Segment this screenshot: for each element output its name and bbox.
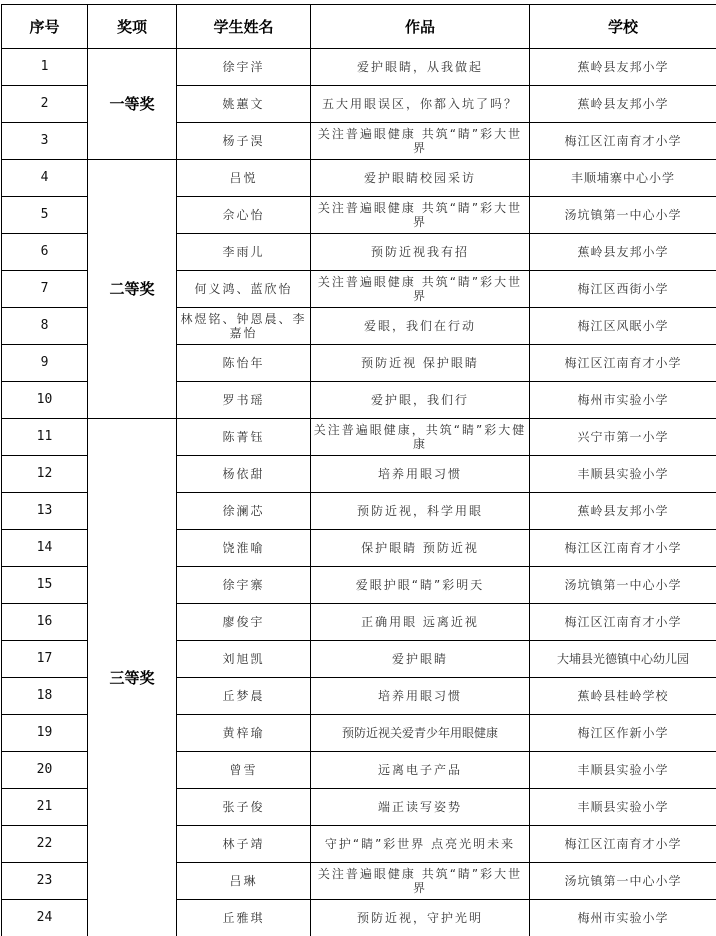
student-name: 林煜铭、钟恩晨、李嘉怡 xyxy=(177,308,311,345)
row-no: 2 xyxy=(2,86,88,123)
row-no: 24 xyxy=(2,900,88,936)
header-school: 学校 xyxy=(530,5,716,49)
school-name: 汤坑镇第一中心小学 xyxy=(530,567,716,604)
student-name: 徐宇洋 xyxy=(177,49,311,86)
student-name: 黄梓瑜 xyxy=(177,715,311,752)
student-name: 丘梦晨 xyxy=(177,678,311,715)
work-title: 爱护眼，我们行 xyxy=(311,382,530,419)
school-name: 蕉岭县友邦小学 xyxy=(530,49,716,86)
student-name: 何义鸿、蓝欣怡 xyxy=(177,271,311,308)
award-level-third: 三等奖 xyxy=(88,419,177,936)
row-no: 12 xyxy=(2,456,88,493)
work-title: 爱护眼睛，从我做起 xyxy=(311,49,530,86)
school-name: 丰顺县实验小学 xyxy=(530,789,716,826)
student-name: 陈怡年 xyxy=(177,345,311,382)
student-name: 张子俊 xyxy=(177,789,311,826)
student-name: 徐澜芯 xyxy=(177,493,311,530)
student-name: 罗书瑶 xyxy=(177,382,311,419)
student-name: 丘雅琪 xyxy=(177,900,311,936)
row-no: 18 xyxy=(2,678,88,715)
school-name: 汤坑镇第一中心小学 xyxy=(530,863,716,900)
row-no: 4 xyxy=(2,160,88,197)
header-no: 序号 xyxy=(2,5,88,49)
row-no: 5 xyxy=(2,197,88,234)
row-no: 19 xyxy=(2,715,88,752)
row-no: 10 xyxy=(2,382,88,419)
work-title: 关注普遍眼健康 共筑“睛”彩大世界 xyxy=(311,271,530,308)
header-work: 作品 xyxy=(311,5,530,49)
student-name: 吕悦 xyxy=(177,160,311,197)
award-winners-table: 序号 奖项 学生姓名 作品 学校 1 一等奖 徐宇洋 爱护眼睛，从我做起 蕉岭县… xyxy=(1,4,716,936)
row-no: 1 xyxy=(2,49,88,86)
row-no: 13 xyxy=(2,493,88,530)
work-title: 爱眼，我们在行动 xyxy=(311,308,530,345)
school-name: 梅江区江南育才小学 xyxy=(530,345,716,382)
row-no: 14 xyxy=(2,530,88,567)
student-name: 李雨儿 xyxy=(177,234,311,271)
student-name: 廖俊宇 xyxy=(177,604,311,641)
student-name: 杨依甜 xyxy=(177,456,311,493)
work-title: 预防近视关爱青少年用眼健康 xyxy=(311,715,530,752)
work-title: 爱护眼睛 xyxy=(311,641,530,678)
school-name: 汤坑镇第一中心小学 xyxy=(530,197,716,234)
row-no: 6 xyxy=(2,234,88,271)
student-name: 陈菁钰 xyxy=(177,419,311,456)
school-name: 梅江区作新小学 xyxy=(530,715,716,752)
school-name: 梅州市实验小学 xyxy=(530,382,716,419)
work-title: 保护眼睛 预防近视 xyxy=(311,530,530,567)
student-name: 姚蕙文 xyxy=(177,86,311,123)
row-no: 11 xyxy=(2,419,88,456)
school-name: 梅江区江南育才小学 xyxy=(530,604,716,641)
work-title: 预防近视，科学用眼 xyxy=(311,493,530,530)
table-row: 11 三等奖 陈菁钰 关注普遍眼健康，共筑“睛”彩大健康 兴宁市第一小学 xyxy=(2,419,716,456)
school-name: 丰顺县实验小学 xyxy=(530,456,716,493)
school-name: 蕉岭县友邦小学 xyxy=(530,234,716,271)
row-no: 20 xyxy=(2,752,88,789)
school-name: 兴宁市第一小学 xyxy=(530,419,716,456)
student-name: 佘心怡 xyxy=(177,197,311,234)
work-title: 正确用眼 远离近视 xyxy=(311,604,530,641)
work-title: 关注普遍眼健康 共筑“睛”彩大世界 xyxy=(311,863,530,900)
student-name: 杨子淏 xyxy=(177,123,311,160)
table-row: 4 二等奖 吕悦 爱护眼睛校园采访 丰顺埔寨中心小学 xyxy=(2,160,716,197)
work-title: 培养用眼习惯 xyxy=(311,456,530,493)
work-title: 爱眼护眼“睛”彩明天 xyxy=(311,567,530,604)
row-no: 16 xyxy=(2,604,88,641)
student-name: 曾雪 xyxy=(177,752,311,789)
school-name: 梅州市实验小学 xyxy=(530,900,716,936)
table-row: 1 一等奖 徐宇洋 爱护眼睛，从我做起 蕉岭县友邦小学 xyxy=(2,49,716,86)
row-no: 15 xyxy=(2,567,88,604)
school-name: 梅江区西街小学 xyxy=(530,271,716,308)
school-name: 蕉岭县桂岭学校 xyxy=(530,678,716,715)
school-name: 梅江区江南育才小学 xyxy=(530,826,716,863)
school-name: 大埔县光德镇中心幼儿园 xyxy=(530,641,716,678)
header-award: 奖项 xyxy=(88,5,177,49)
row-no: 9 xyxy=(2,345,88,382)
work-title: 预防近视 保护眼睛 xyxy=(311,345,530,382)
work-title: 培养用眼习惯 xyxy=(311,678,530,715)
student-name: 徐宇寨 xyxy=(177,567,311,604)
school-name: 梅江区风眠小学 xyxy=(530,308,716,345)
school-name: 丰顺县实验小学 xyxy=(530,752,716,789)
award-level-second: 二等奖 xyxy=(88,160,177,419)
row-no: 3 xyxy=(2,123,88,160)
row-no: 8 xyxy=(2,308,88,345)
work-title: 爱护眼睛校园采访 xyxy=(311,160,530,197)
work-title: 预防近视我有招 xyxy=(311,234,530,271)
work-title: 端正读写姿势 xyxy=(311,789,530,826)
row-no: 7 xyxy=(2,271,88,308)
student-name: 林子靖 xyxy=(177,826,311,863)
school-name: 丰顺埔寨中心小学 xyxy=(530,160,716,197)
row-no: 23 xyxy=(2,863,88,900)
student-name: 饶淮喻 xyxy=(177,530,311,567)
school-name: 梅江区江南育才小学 xyxy=(530,123,716,160)
school-name: 蕉岭县友邦小学 xyxy=(530,493,716,530)
school-name: 梅江区江南育才小学 xyxy=(530,530,716,567)
work-title: 远离电子产品 xyxy=(311,752,530,789)
header-student: 学生姓名 xyxy=(177,5,311,49)
row-no: 21 xyxy=(2,789,88,826)
work-title: 关注普遍眼健康 共筑“睛”彩大世界 xyxy=(311,197,530,234)
school-name: 蕉岭县友邦小学 xyxy=(530,86,716,123)
row-no: 17 xyxy=(2,641,88,678)
work-title: 关注普遍眼健康 共筑“睛”彩大世界 xyxy=(311,123,530,160)
work-title: 关注普遍眼健康，共筑“睛”彩大健康 xyxy=(311,419,530,456)
work-title: 守护“睛”彩世界 点亮光明未来 xyxy=(311,826,530,863)
student-name: 吕琳 xyxy=(177,863,311,900)
header-row: 序号 奖项 学生姓名 作品 学校 xyxy=(2,5,716,49)
award-level-first: 一等奖 xyxy=(88,49,177,160)
student-name: 刘旭凯 xyxy=(177,641,311,678)
row-no: 22 xyxy=(2,826,88,863)
work-title: 五大用眼误区，你都入坑了吗？ xyxy=(311,86,530,123)
work-title: 预防近视，守护光明 xyxy=(311,900,530,936)
